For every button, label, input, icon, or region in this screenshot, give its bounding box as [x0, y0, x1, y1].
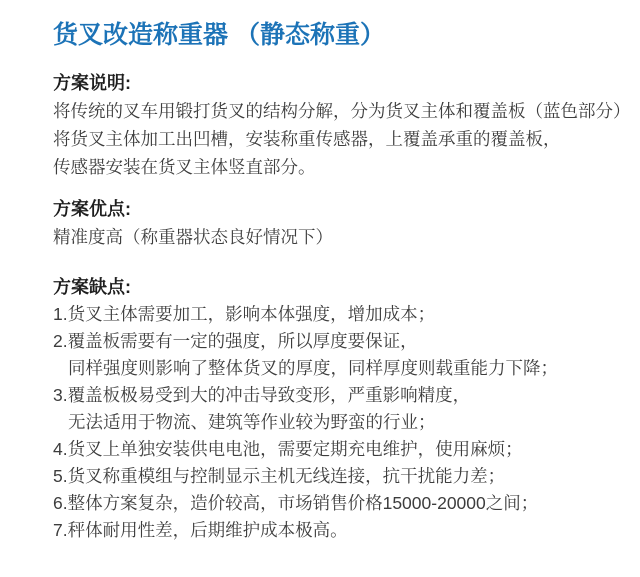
- disadvantage-item: 2.覆盖板需要有一定的强度，所以厚度要保证，: [53, 328, 634, 355]
- disadvantage-item: 1.货叉主体需要加工，影响本体强度，增加成本；: [53, 301, 634, 328]
- page-title: 货叉改造称重器 （静态称重）: [53, 20, 634, 51]
- advantage-line: 精准度高（称重器状态良好情况下）: [53, 223, 634, 251]
- disadvantage-item-continuation: 无法适用于物流、建筑等作业较为野蛮的行业；: [53, 409, 634, 436]
- section-advantages: 方案优点: 精准度高（称重器状态良好情况下）: [53, 196, 634, 251]
- disadvantage-item: 4.货叉上单独安装供电电池，需要定期充电维护，使用麻烦；: [53, 436, 634, 463]
- section-disadvantages: 方案缺点: 1.货叉主体需要加工，影响本体强度，增加成本； 2.覆盖板需要有一定…: [53, 274, 634, 544]
- article-page: 货叉改造称重器 （静态称重） 方案说明: 将传统的叉车用锻打货叉的结构分解，分为…: [0, 0, 640, 577]
- disadvantage-item: 7.秤体耐用性差，后期维护成本极高。: [53, 517, 634, 544]
- disadvantages-heading: 方案缺点:: [53, 274, 634, 301]
- disadvantage-item-continuation: 同样强度则影响了整体货叉的厚度，同样厚度则载重能力下降；: [53, 355, 634, 382]
- description-heading: 方案说明:: [53, 70, 634, 97]
- description-line: 将货叉主体加工出凹槽，安装称重传感器，上覆盖承重的覆盖板，: [53, 125, 634, 153]
- article-content: 货叉改造称重器 （静态称重） 方案说明: 将传统的叉车用锻打货叉的结构分解，分为…: [0, 0, 640, 544]
- description-line: 传感器安装在货叉主体竖直部分。: [53, 153, 634, 181]
- advantages-heading: 方案优点:: [53, 196, 634, 223]
- disadvantage-item: 6.整体方案复杂，造价较高，市场销售价格15000-20000之间；: [53, 490, 634, 517]
- description-line: 将传统的叉车用锻打货叉的结构分解，分为货叉主体和覆盖板（蓝色部分）: [53, 97, 634, 125]
- disadvantage-item: 3.覆盖板极易受到大的冲击导致变形，严重影响精度，: [53, 382, 634, 409]
- section-description: 方案说明: 将传统的叉车用锻打货叉的结构分解，分为货叉主体和覆盖板（蓝色部分） …: [53, 70, 634, 181]
- disadvantage-item: 5.货叉称重模组与控制显示主机无线连接，抗干扰能力差；: [53, 463, 634, 490]
